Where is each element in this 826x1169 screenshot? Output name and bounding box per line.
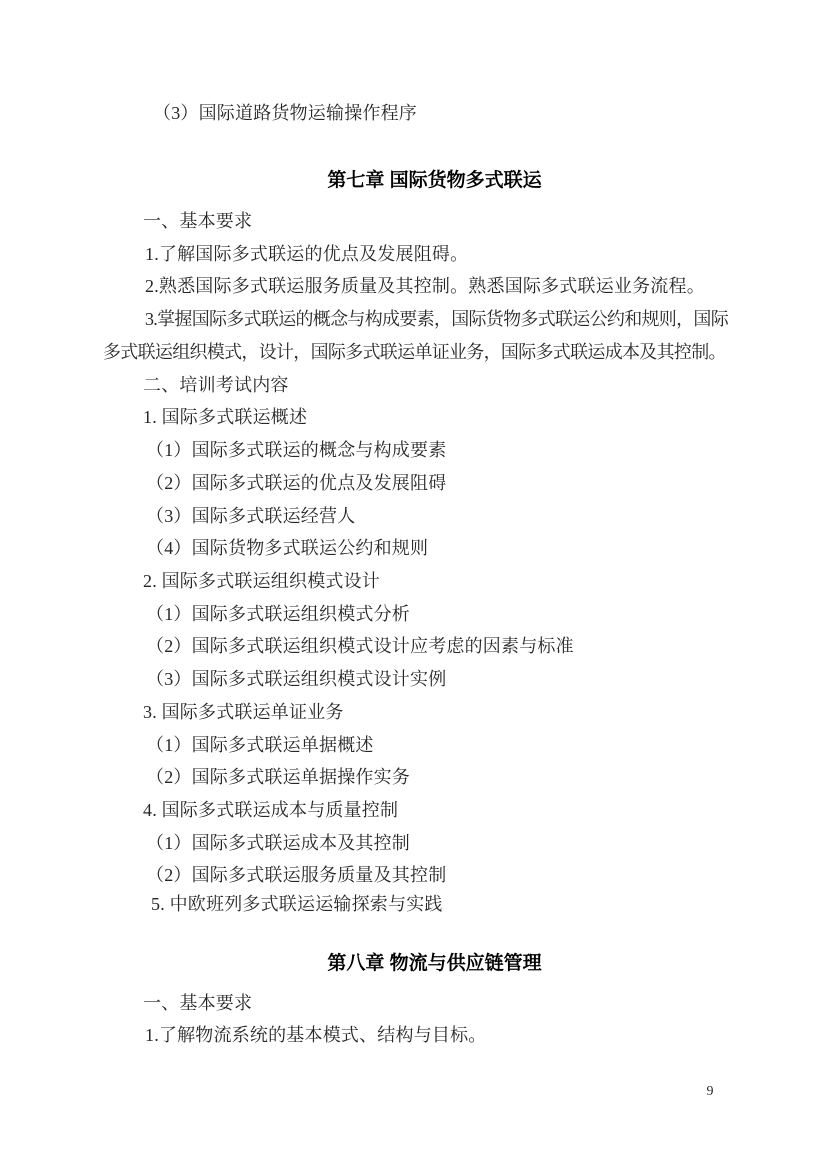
outline-item: （1）国际多式联运组织模式分析	[103, 603, 772, 626]
outline-item: 1. 国际多式联运概述	[103, 406, 769, 429]
page-number: 9	[698, 1083, 722, 1101]
outline-item: （1）国际多式联运成本及其控制	[103, 832, 772, 855]
outline-item: （4）国际货物多式联运公约和规则	[103, 537, 772, 560]
outline-item: 3. 国际多式联运单证业务	[103, 701, 769, 724]
outline-item: （2）国际多式联运组织模式设计应考虑的因素与标准	[103, 635, 772, 658]
outline-item: 2. 国际多式联运组织模式设计	[103, 570, 769, 593]
chapter8-title: 第八章 物流与供应链管理	[143, 951, 726, 976]
outline-item: （1）国际多式联运单据概述	[103, 734, 772, 757]
requirement-line: 1.了解物流系统的基本模式、结构与目标。	[103, 1024, 771, 1047]
chapter8-basic-requirements-heading: 一、基本要求	[103, 992, 769, 1015]
document-page: （3）国际道路货物运输操作程序 第七章 国际货物多式联运 一、基本要求 1.了解…	[0, 0, 826, 1169]
outline-item: （3）国际多式联运经营人	[103, 505, 772, 528]
outline-item: 4. 国际多式联运成本与质量控制	[103, 799, 769, 822]
requirement-line: 2.熟悉国际多式联运服务质量及其控制。熟悉国际多式联运业务流程。	[103, 275, 771, 298]
prev-section-item: （3）国际道路货物运输操作程序	[103, 102, 779, 125]
outline-item: （2）国际多式联运单据操作实务	[103, 766, 772, 789]
outline-item: （1）国际多式联运的概念与构成要素	[103, 439, 772, 462]
outline-item: 5. 中欧班列多式联运运输探索与实践	[103, 893, 777, 916]
chapter7-title: 第七章 国际货物多式联运	[143, 168, 726, 193]
requirement-line: 1.了解国际多式联运的优点及发展阻碍。	[103, 243, 771, 266]
requirement-line-continuation: 多式联运组织模式，设计，国际多式联运单证业务，国际多式联运成本及其控制。	[103, 341, 729, 364]
requirement-line: 3.掌握国际多式联运的概念与构成要素，国际货物多式联运公约和规则，国际	[103, 308, 771, 331]
outline-item: （2）国际多式联运服务质量及其控制	[103, 864, 772, 887]
chapter7-basic-requirements-heading: 一、基本要求	[103, 210, 769, 233]
outline-item: （2）国际多式联运的优点及发展阻碍	[103, 472, 772, 495]
chapter7-training-content-heading: 二、培训考试内容	[103, 374, 769, 397]
outline-item: （3）国际多式联运组织模式设计实例	[103, 668, 772, 691]
